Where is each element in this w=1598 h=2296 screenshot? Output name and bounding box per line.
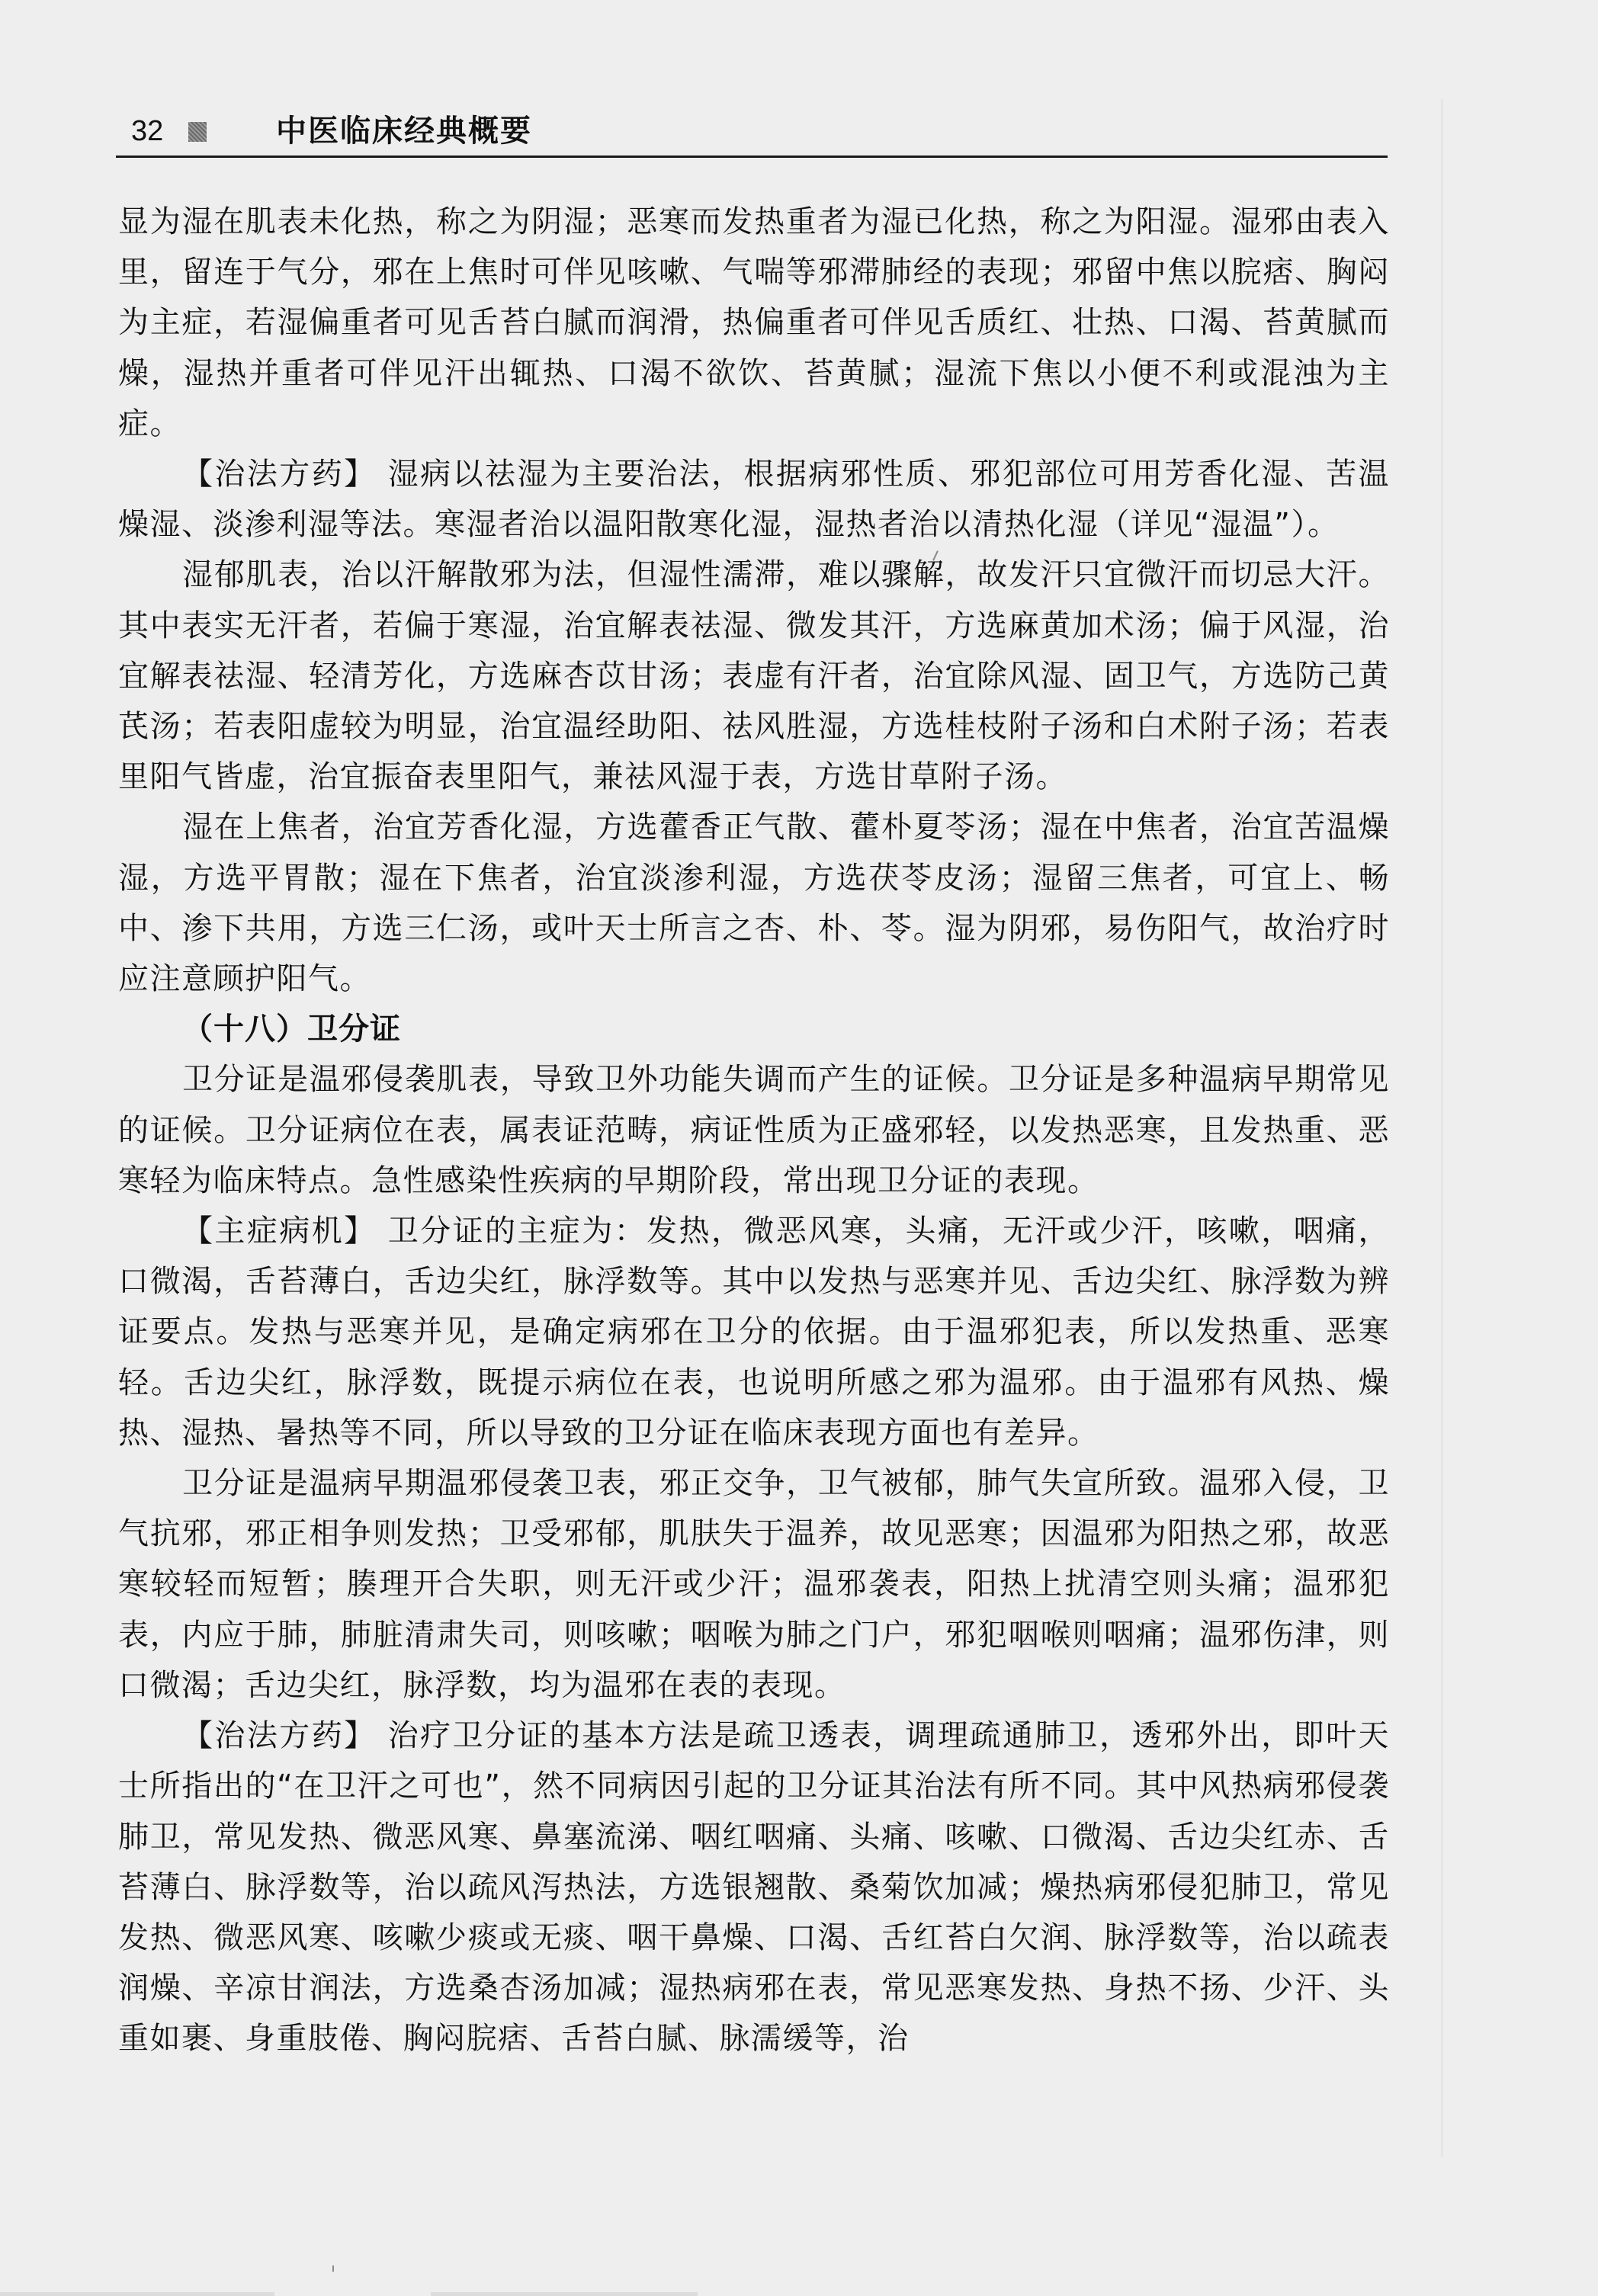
- paragraph-treatment-weifen: 【治法方药】 治疗卫分证的基本方法是疏卫透表，调理疏通肺卫，透邪外出，即叶天士所…: [118, 1711, 1390, 2064]
- paragraph-exterior-dampness: 湿郁肌表，治以汗解散邪为法，但湿性濡滞，难以骤解，故发汗只宜微汗而切忌大汗。其中…: [118, 550, 1390, 802]
- page-edge-line: [1441, 99, 1443, 2157]
- scan-edge-strip: [0, 2287, 1598, 2296]
- section-title-weifen: （十八）卫分证: [118, 1004, 1390, 1054]
- book-title: 中医临床经典概要: [276, 113, 532, 149]
- paragraph-text: 卫分证的主症为：发热，微恶风寒，头痛，无汗或少汗，咳嗽，咽痛，口微渴，舌苔薄白，…: [118, 1214, 1390, 1451]
- paragraph-text: 治疗卫分证的基本方法是疏卫透表，调理疏通肺卫，透邪外出，即叶天士所指出的“在卫汗…: [118, 1718, 1390, 2056]
- paragraph-main-symptoms: 【主症病机】 卫分证的主症为：发热，微恶风寒，头痛，无汗或少汗，咳嗽，咽痛，口微…: [118, 1206, 1390, 1458]
- running-header: 32 中医临床经典概要: [116, 111, 1388, 158]
- header-square-ornament-icon: [188, 122, 207, 142]
- subheading-treatment-label: 【治法方药】: [182, 457, 377, 492]
- subheading-treatment-label: 【治法方药】: [182, 1718, 377, 1753]
- subheading-symptoms-label: 【主症病机】: [182, 1214, 377, 1249]
- paragraph-pathogenesis: 卫分证是温病早期温邪侵袭卫表，邪正交争，卫气被郁，肺气失宣所致。温邪入侵，卫气抗…: [118, 1458, 1390, 1711]
- page-body: 显为湿在肌表未化热，称之为阴湿；恶寒而发热重者为湿已化热，称之为阳湿。湿邪由表入…: [118, 197, 1390, 2064]
- paragraph-dampness-symptoms: 显为湿在肌表未化热，称之为阴湿；恶寒而发热重者为湿已化热，称之为阳湿。湿邪由表入…: [118, 197, 1390, 449]
- scan-artifact: [332, 2266, 334, 2272]
- paragraph-sanjiao-dampness: 湿在上焦者，治宜芳香化湿，方选藿香正气散、藿朴夏苓汤；湿在中焦者，治宜苦温燥湿，…: [118, 802, 1390, 1004]
- page-number: 32: [131, 114, 163, 148]
- paragraph-weifen-definition: 卫分证是温邪侵袭肌表，导致卫外功能失调而产生的证候。卫分证是多种温病早期常见的证…: [118, 1054, 1390, 1206]
- paragraph-treatment-dampness: 【治法方药】 湿病以祛湿为主要治法，根据病邪性质、邪犯部位可用芳香化湿、苦温燥湿…: [118, 449, 1390, 550]
